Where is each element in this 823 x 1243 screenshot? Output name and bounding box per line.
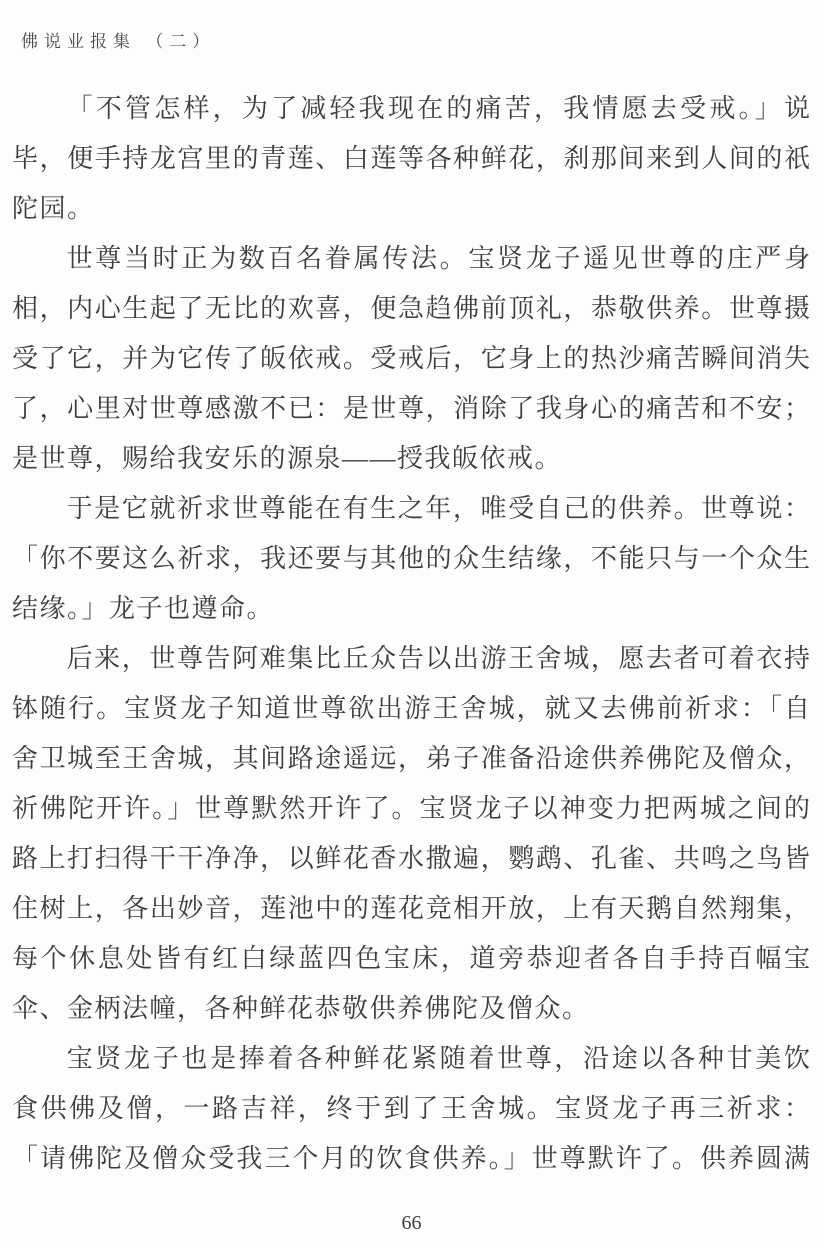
text-line: 每个休息处皆有红白绿蓝四色宝床，道旁恭迎者各自手持百幅宝 xyxy=(12,934,810,984)
text-line: 食供佛及僧，一路吉祥，终于到了王舍城。宝贤龙子再三祈求： xyxy=(12,1084,810,1134)
body-text: 「不管怎样，为了减轻我现在的痛苦，我情愿去受戒。」说 毕，便手持龙宫里的青莲、白… xyxy=(12,84,810,1184)
text-line: 受了它，并为它传了皈依戒。受戒后，它身上的热沙痛苦瞬间消失 xyxy=(12,334,810,384)
text-line: 陀园。 xyxy=(12,184,810,234)
text-line: 舍卫城至王舍城，其间路途遥远，弟子准备沿途供养佛陀及僧众， xyxy=(12,734,810,784)
text-line: 毕，便手持龙宫里的青莲、白莲等各种鲜花，刹那间来到人间的祇 xyxy=(12,134,810,184)
text-line: 钵随行。宝贤龙子知道世尊欲出游王舍城，就又去佛前祈求：「自 xyxy=(12,684,810,734)
text-line: 后来，世尊告阿难集比丘众告以出游王舍城，愿去者可着衣持 xyxy=(12,634,810,684)
text-line: 祈佛陀开许。」世尊默然开许了。宝贤龙子以神变力把两城之间的 xyxy=(12,784,810,834)
text-line: 「不管怎样，为了减轻我现在的痛苦，我情愿去受戒。」说 xyxy=(12,84,810,134)
text-line: 宝贤龙子也是捧着各种鲜花紧随着世尊，沿途以各种甘美饮 xyxy=(12,1034,810,1084)
text-line: 相，内心生起了无比的欢喜，便急趋佛前顶礼，恭敬供养。世尊摄 xyxy=(12,284,810,334)
text-line: 是世尊，赐给我安乐的源泉——授我皈依戒。 xyxy=(12,434,810,484)
text-line: 伞、金柄法幢，各种鲜花恭敬供养佛陀及僧众。 xyxy=(12,984,810,1034)
text-line: 路上打扫得干干净净，以鲜花香水撒遍，鹦鹉、孔雀、共鸣之鸟皆 xyxy=(12,834,810,884)
text-line: 世尊当时正为数百名眷属传法。宝贤龙子遥见世尊的庄严身 xyxy=(12,234,810,284)
page-number: 66 xyxy=(0,1212,823,1235)
text-line: 「你不要这么祈求，我还要与其他的众生结缘，不能只与一个众生 xyxy=(12,534,810,584)
running-header: 佛说业报集 （二） xyxy=(21,27,215,52)
text-line: 了，心里对世尊感激不已：是世尊，消除了我身心的痛苦和不安； xyxy=(12,384,810,434)
document-page: 佛说业报集 （二） 「不管怎样，为了减轻我现在的痛苦，我情愿去受戒。」说 毕，便… xyxy=(0,0,823,1243)
text-line: 住树上，各出妙音，莲池中的莲花竞相开放，上有天鹅自然翔集， xyxy=(12,884,810,934)
text-line: 结缘。」龙子也遵命。 xyxy=(12,584,810,634)
text-line: 「请佛陀及僧众受我三个月的饮食供养。」世尊默许了。供养圆满 xyxy=(12,1134,810,1184)
text-line: 于是它就祈求世尊能在有生之年，唯受自己的供养。世尊说： xyxy=(12,484,810,534)
